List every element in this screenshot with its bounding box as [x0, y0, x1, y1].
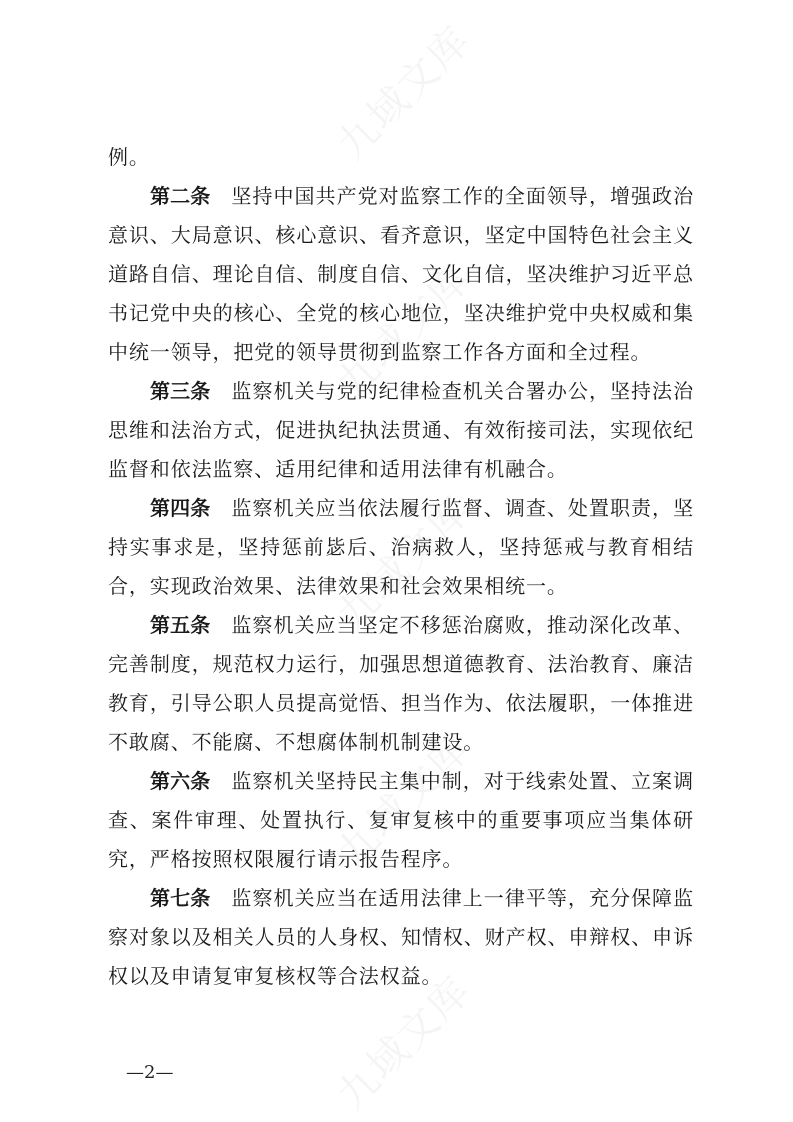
paragraph-text: 例。	[108, 145, 150, 169]
article-number: 第五条	[150, 613, 210, 637]
article-paragraph: 第七条监察机关应当在适用法律上一律平等，充分保障监察对象以及相关人员的人身权、知…	[108, 879, 694, 996]
article-number: 第四条	[150, 496, 210, 520]
article-paragraph: 第六条监察机关坚持民主集中制，对于线索处置、立案调查、案件审理、处置执行、复审复…	[108, 762, 694, 879]
article-paragraph: 第五条监察机关应当坚定不移惩治腐败，推动深化改革、完善制度，规范权力运行，加强思…	[108, 606, 694, 762]
page-number: —2—	[126, 1062, 173, 1083]
article-text: 坚持中国共产党对监察工作的全面领导，增强政治意识、大局意识、核心意识、看齐意识，…	[108, 184, 694, 364]
article-number: 第三条	[150, 379, 210, 403]
article-paragraph: 第三条监察机关与党的纪律检查机关合署办公，坚持法治思维和法治方式，促进执纪执法贯…	[108, 372, 694, 489]
document-body: 例。 第二条坚持中国共产党对监察工作的全面领导，增强政治意识、大局意识、核心意识…	[108, 138, 694, 996]
article-number: 第六条	[150, 769, 210, 793]
article-paragraph: 第四条监察机关应当依法履行监督、调查、处置职责，坚持实事求是，坚持惩前毖后、治病…	[108, 489, 694, 606]
article-paragraph: 第二条坚持中国共产党对监察工作的全面领导，增强政治意识、大局意识、核心意识、看齐…	[108, 177, 694, 372]
continuation-paragraph: 例。	[108, 138, 694, 177]
article-number: 第二条	[150, 184, 210, 208]
article-number: 第七条	[150, 886, 210, 910]
document-page: 九域文库 九域文库 九域文库 九域文库 九域文库 例。 第二条坚持中国共产党对监…	[0, 0, 793, 1122]
